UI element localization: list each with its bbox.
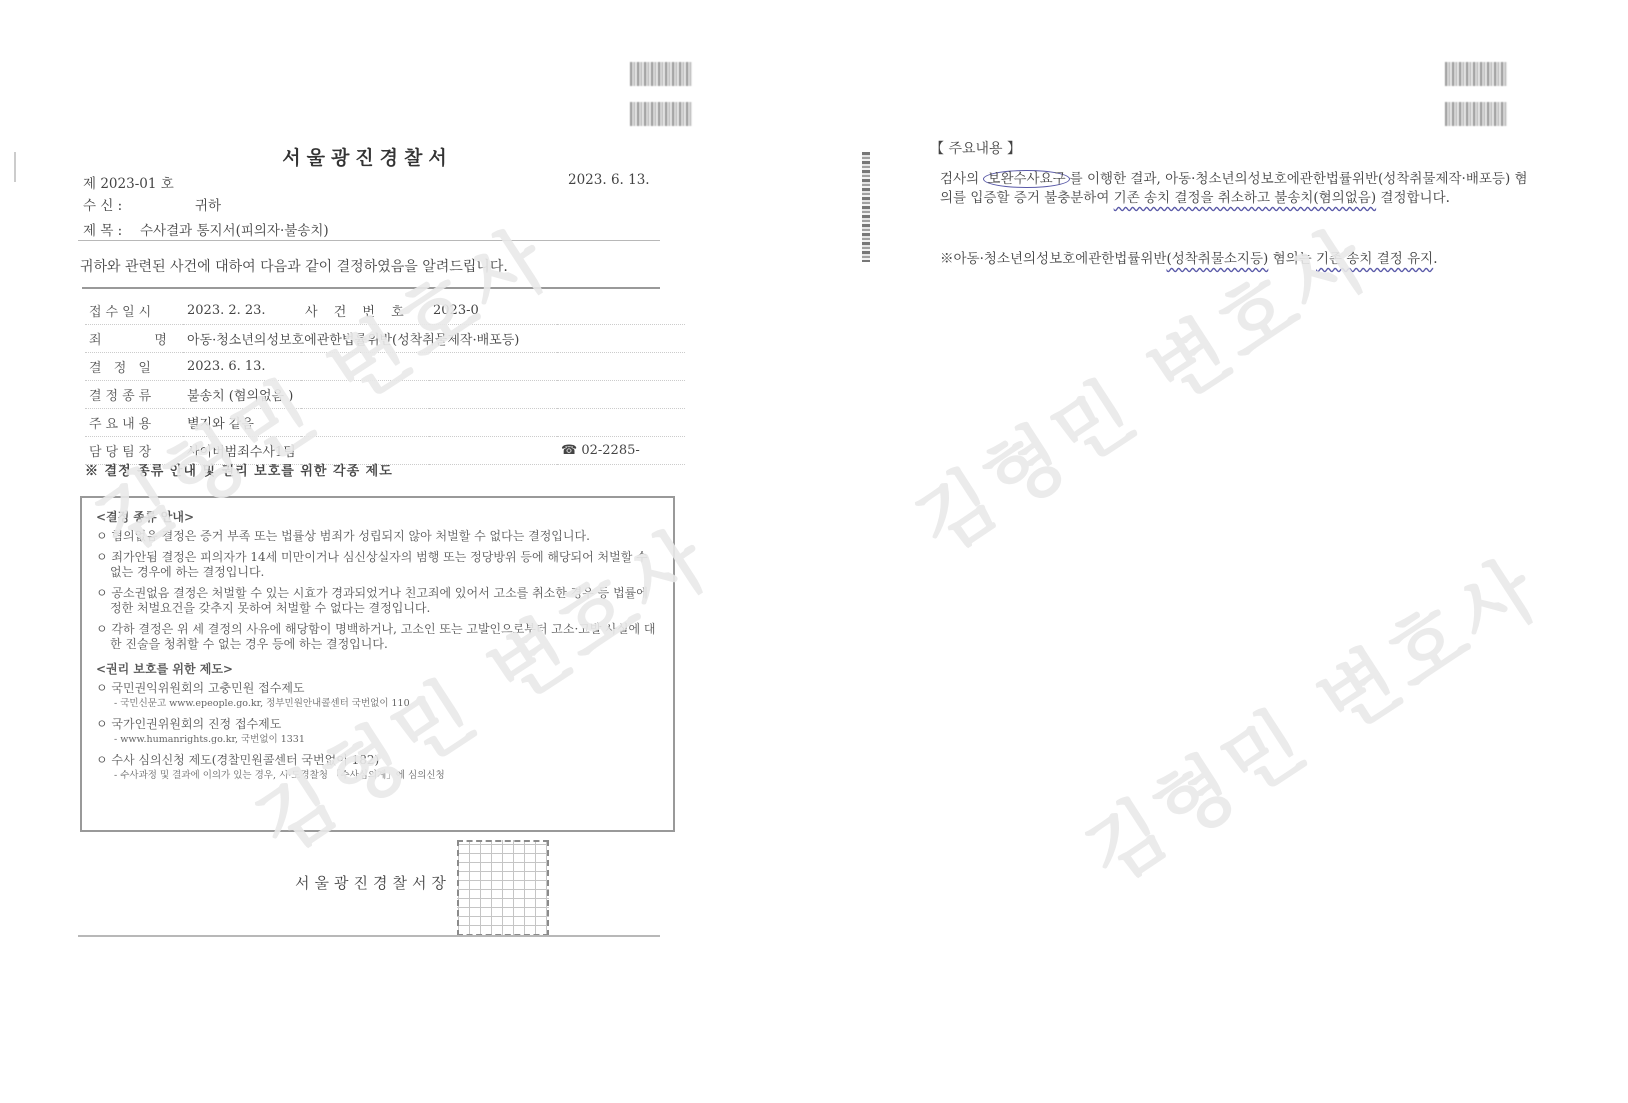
recipient-value: 귀하 — [195, 194, 221, 214]
rights-item-detail: - 수사과정 및 결과에 이의가 있는 경우, 시·도경찰청 「수사심의계」에 … — [110, 768, 659, 783]
rights-item: ㅇ 국민권익위원회의 고충민원 접수제도 - 국민신문고 www.epeople… — [96, 681, 659, 711]
decision-guide-item: ㅇ 죄가안됨 결정은 피의자가 14세 미만이거나 심신상실자의 범행 또는 정… — [96, 550, 659, 580]
rights-title: <권리 보호를 위한 제도> — [96, 660, 659, 677]
divider — [78, 240, 660, 241]
signature: 서울광진경찰서장 — [295, 872, 451, 893]
table-row: 결 정 일 2023. 6. 13. — [85, 353, 685, 381]
case-info-table: 접수일시 2023. 2. 23. 사 건 번 호 2023-0 죄 명 아동·… — [85, 297, 685, 465]
divider — [82, 287, 660, 289]
rights-item-detail: - www.humanrights.go.kr, 국번없이 1331 — [110, 732, 659, 747]
decision-type-label: 결정종류 — [85, 381, 183, 409]
notice-page-right: 【 주요내용 】 검사의 보완수사요구를 이행한 결과, 아동·청소년의성보호에… — [800, 0, 1628, 1103]
table-row: 죄 명 아동·청소년의성보호에관한법률위반(성착취물제작·배포등) — [85, 325, 685, 353]
main-content-heading: 【 주요내용 】 — [930, 138, 1021, 158]
text: 혐의는 — [1268, 251, 1316, 267]
rights-item-detail: - 국민신문고 www.epeople.go.kr, 정부민원안내콜센터 국번없… — [110, 696, 659, 711]
annotated-underline: 기존 송치 결정 유지 — [1316, 251, 1433, 267]
barcode-icon — [630, 102, 692, 126]
annotated-circle: 보완수사요구 — [983, 170, 1069, 188]
annotated-underline: (성착취물소지등) — [1166, 251, 1268, 267]
intro-text: 귀하와 관련된 사건에 대하여 다음과 같이 결정하였음을 알려드립니다. — [80, 256, 508, 276]
notice-heading: ※ 결정 종류 안내 및 권리 보호를 위한 각종 제도 — [85, 460, 393, 479]
decision-date-value: 2023. 6. 13. — [183, 353, 685, 381]
table-row: 주요내용 별지와 같음 — [85, 409, 685, 437]
annotated-underline: 기존 송치 결정을 취소하고 불송치(혐의없음) — [1114, 190, 1376, 206]
decision-type-value: 불송치 (혐의없음 ) — [183, 381, 685, 409]
barcode-icon — [1445, 102, 1507, 126]
received-label: 접수일시 — [85, 297, 183, 325]
decision-guide-title: <결정 종류 안내> — [96, 508, 659, 525]
rights-item-title: ㅇ 수사 심의신청 제도(경찰민원콜센터 국번없이 182) — [96, 753, 379, 767]
qr-code-icon — [1445, 62, 1507, 86]
supplementary-note: ※아동·청소년의성보호에관한법률위반(성착취물소지등) 혐의는 기존 송치 결정… — [940, 250, 1540, 269]
table-row: 결정종류 불송치 (혐의없음 ) — [85, 381, 685, 409]
text: 결정합니다. — [1376, 190, 1450, 206]
main-content-value: 별지와 같음 — [183, 409, 685, 437]
text: 검사의 — [940, 171, 983, 187]
text: ※아동·청소년의성보호에관한법률위반 — [940, 251, 1166, 267]
document-title: 서울광진경찰서 — [0, 143, 735, 170]
rights-item-title: ㅇ 국가인권위원회의 진정 접수제도 — [96, 717, 281, 731]
divider — [78, 935, 660, 937]
document-date: 2023. 6. 13. — [568, 172, 650, 188]
charge-value: 아동·청소년의성보호에관한법률위반(성착취물제작·배포등) — [183, 325, 685, 353]
decision-date-label: 결 정 일 — [85, 353, 183, 381]
case-number-value: 2023-0 — [429, 297, 685, 325]
document-number: 제 2023-01 호 — [83, 172, 174, 192]
phone-value: 02-2285- — [581, 443, 639, 458]
qr-code-icon — [630, 62, 692, 86]
rights-item: ㅇ 국가인권위원회의 진정 접수제도 - www.humanrights.go.… — [96, 717, 659, 747]
notice-box: <결정 종류 안내> ㅇ 혐의없음 결정은 증거 부족 또는 법률상 범죄가 성… — [80, 496, 675, 832]
side-barcode-icon — [862, 152, 870, 262]
table-row: 접수일시 2023. 2. 23. 사 건 번 호 2023-0 — [85, 297, 685, 325]
decision-guide-item: ㅇ 혐의없음 결정은 증거 부족 또는 법률상 범죄가 성립되지 않아 처벌할 … — [96, 529, 659, 544]
decision-guide-item: ㅇ 각하 결정은 위 세 결정의 사유에 해당함이 명백하거나, 고소인 또는 … — [96, 622, 659, 652]
charge-label: 죄 명 — [85, 325, 183, 353]
text: . — [1433, 251, 1437, 267]
decision-guide-item: ㅇ 공소권없음 결정은 처벌할 수 있는 시효가 경과되었거나 친고죄에 있어서… — [96, 586, 659, 616]
received-value: 2023. 2. 23. — [183, 297, 301, 325]
main-content-paragraph: 검사의 보완수사요구를 이행한 결과, 아동·청소년의성보호에관한법률위반(성착… — [940, 170, 1540, 208]
recipient-label: 수 신 : — [83, 194, 122, 214]
phone-icon: ☎ — [561, 443, 577, 458]
notice-page-left: 서울광진경찰서 제 2023-01 호 2023. 6. 13. 수 신 : 귀… — [0, 0, 800, 1103]
rights-item: ㅇ 수사 심의신청 제도(경찰민원콜센터 국번없이 182) - 수사과정 및 … — [96, 753, 659, 783]
subject-label: 제 목 : — [83, 219, 122, 239]
case-number-label: 사 건 번 호 — [301, 297, 429, 325]
official-seal-icon — [457, 840, 549, 936]
main-content-label: 주요내용 — [85, 409, 183, 437]
subject-value: 수사결과 통지서(피의자·불송치) — [140, 219, 329, 239]
rights-item-title: ㅇ 국민권익위원회의 고충민원 접수제도 — [96, 681, 305, 695]
